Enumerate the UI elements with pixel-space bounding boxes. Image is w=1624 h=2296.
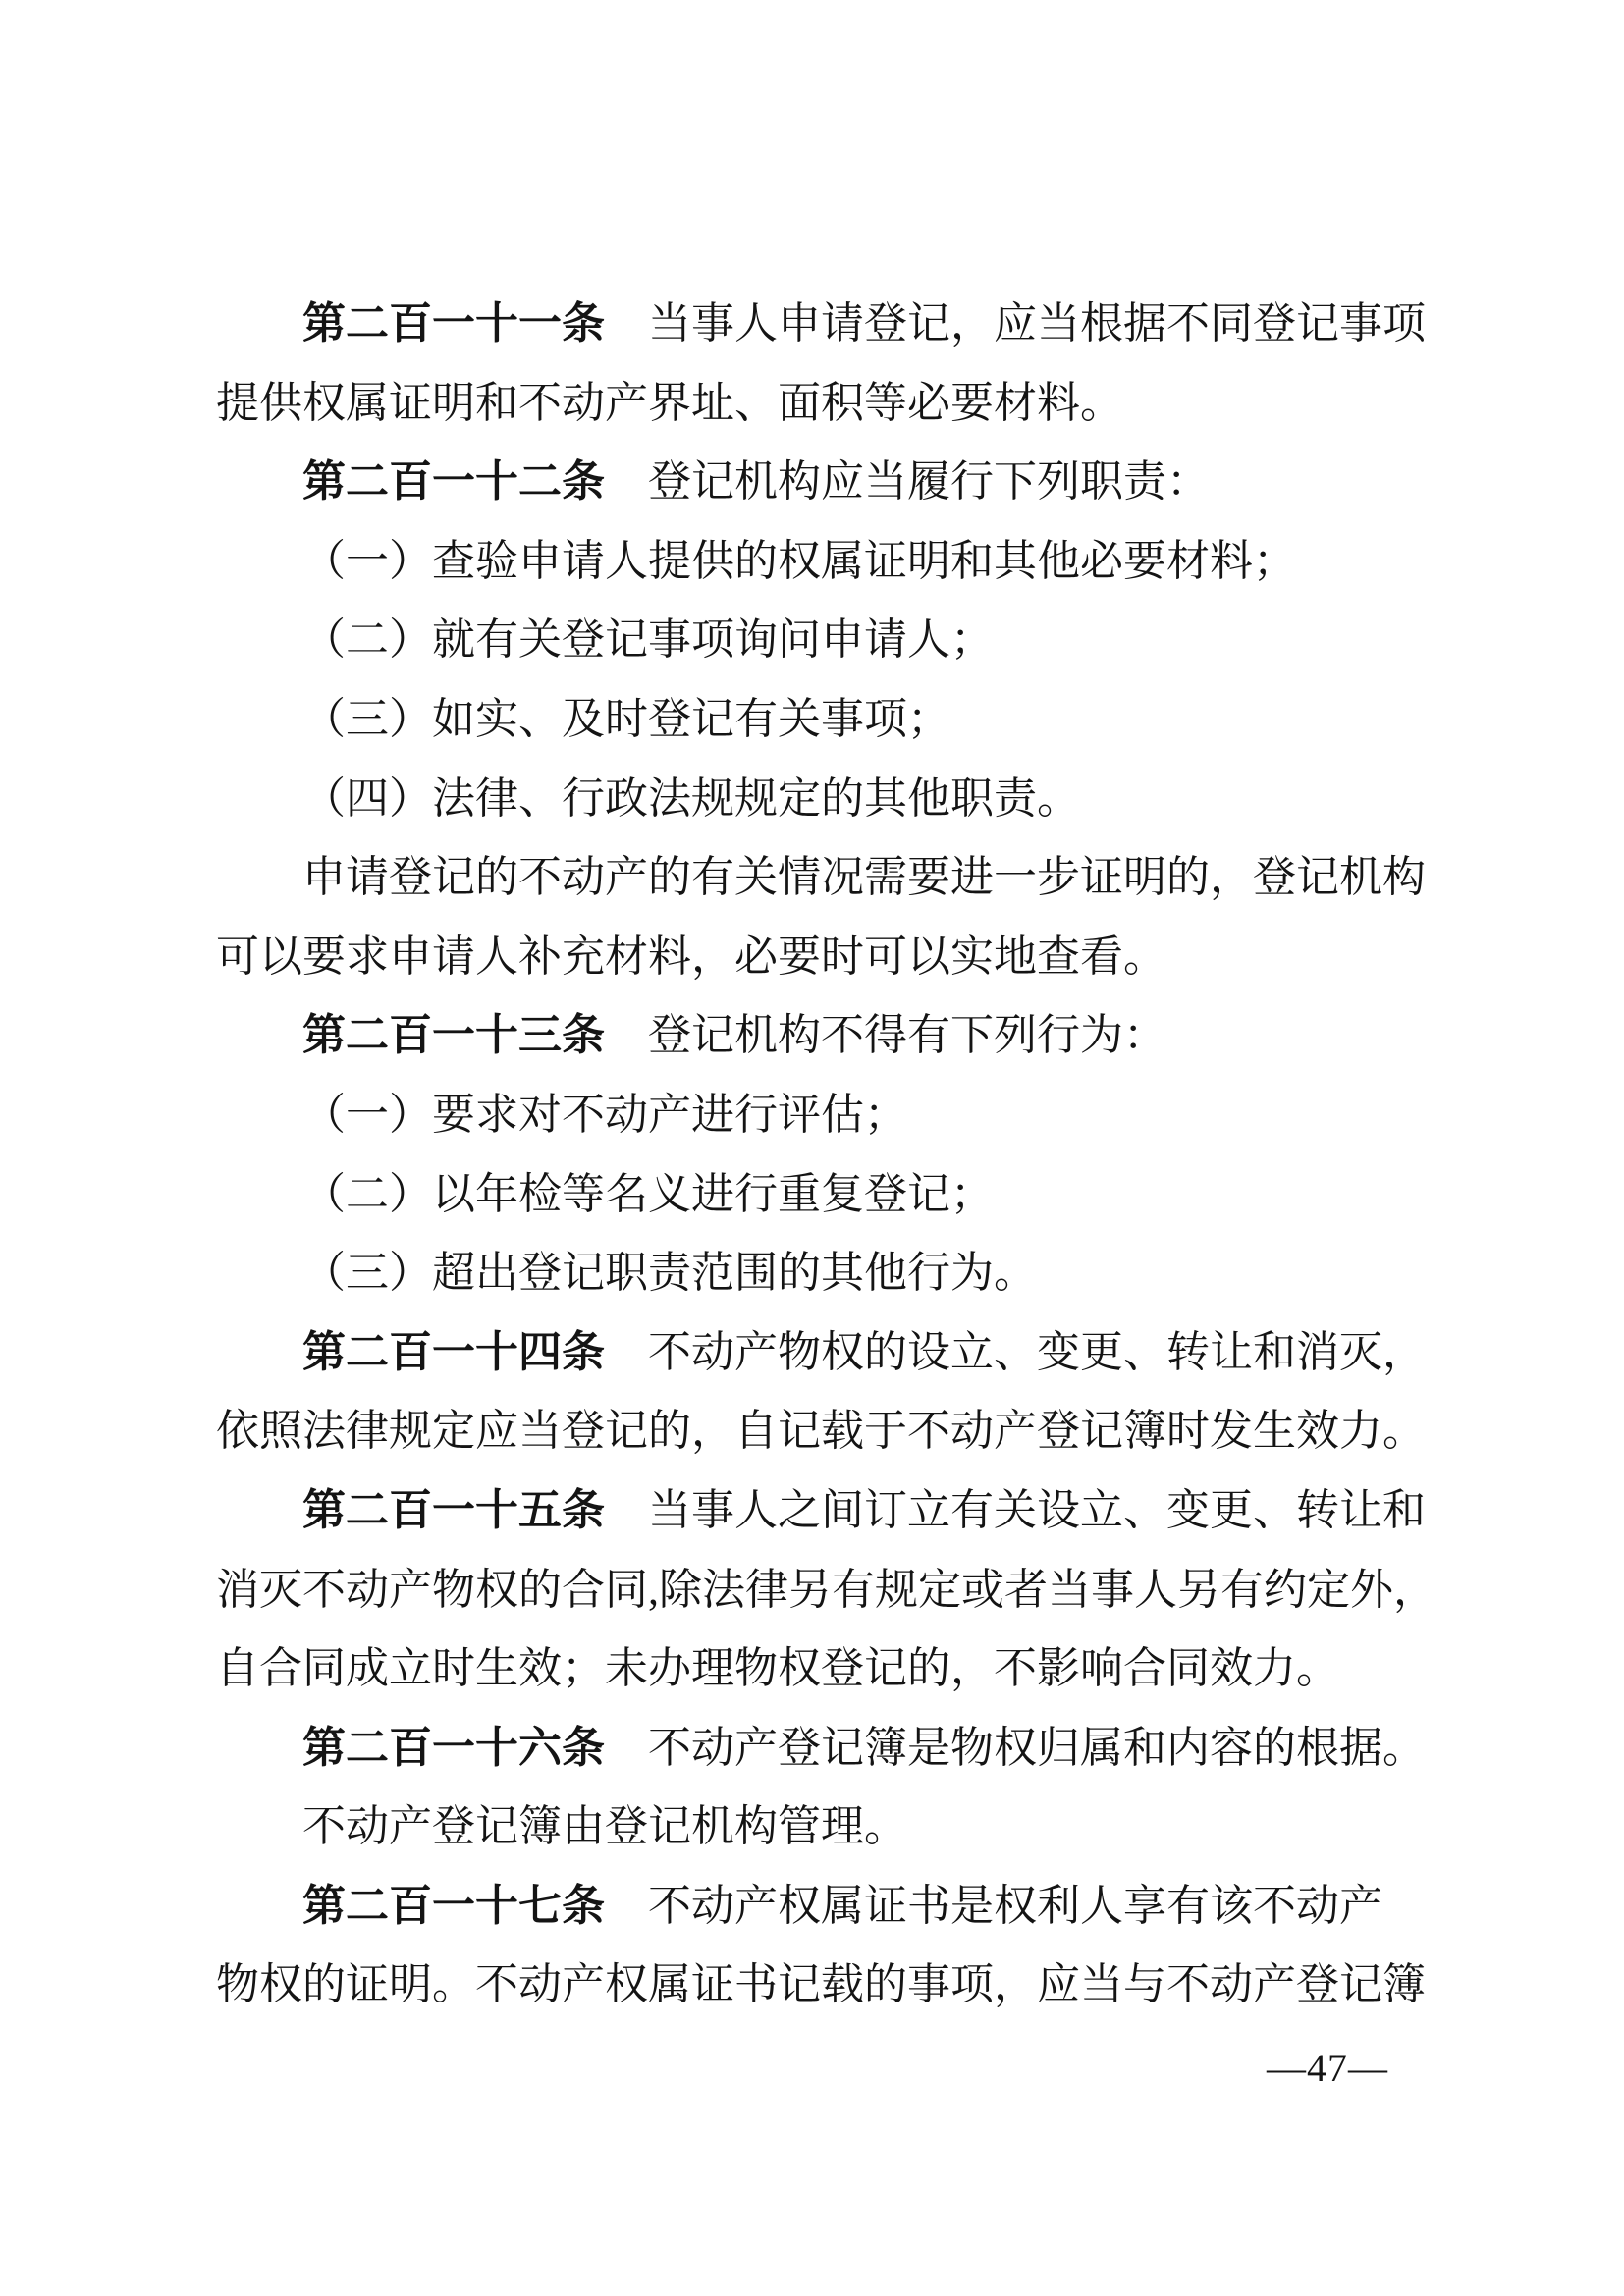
doc-line-continuation: 物权的证明。不动产权属证书记载的事项，应当与不动产登记簿 — [216, 1946, 1434, 2025]
body-text: 登记机构不得有下列行为： — [605, 1011, 1166, 1059]
doc-line-article-head: 第二百一十一条 当事人申请登记，应当根据不同登记事项 — [216, 285, 1434, 364]
body-text: 不动产登记簿是物权归属和内容的根据。 — [605, 1724, 1426, 1772]
body-text: （二）以年检等名义进行重复登记； — [302, 1170, 994, 1218]
doc-line-continuation: 可以要求申请人补充材料，必要时可以实地查看。 — [216, 918, 1434, 997]
doc-line-article-head: 第二百一十四条 不动产物权的设立、变更、转让和消灭， — [216, 1313, 1434, 1393]
document-body: 第二百一十一条 当事人申请登记，应当根据不同登记事项提供权属证明和不动产界址、面… — [216, 285, 1434, 2025]
body-text: （三）如实、及时登记有关事项； — [302, 695, 950, 743]
body-text: 提供权属证明和不动产界址、面积等必要材料。 — [216, 379, 1123, 427]
body-text: （三）超出登记职责范围的其他行为。 — [302, 1249, 1037, 1297]
body-text: 消灭不动产物权的合同,除法律另有规定或者当事人另有约定外， — [216, 1566, 1436, 1614]
doc-line-article-head: 第二百一十六条 不动产登记簿是物权归属和内容的根据。 — [216, 1709, 1434, 1789]
article-number: 第二百一十四条 — [302, 1328, 605, 1376]
article-number: 第二百一十五条 — [302, 1486, 605, 1534]
document-page: 第二百一十一条 当事人申请登记，应当根据不同登记事项提供权属证明和不动产界址、面… — [0, 0, 1624, 2296]
doc-line-paragraph-start: 申请登记的不动产的有关情况需要进一步证明的，登记机构 — [216, 838, 1434, 918]
body-text: 不动产权属证书是权利人享有该不动产 — [605, 1882, 1382, 1930]
article-number: 第二百一十三条 — [302, 1011, 605, 1059]
page-number: —47— — [1218, 2045, 1437, 2091]
body-text: （一）查验申请人提供的权属证明和其他必要材料； — [302, 537, 1296, 585]
doc-line-article-head: 第二百一十七条 不动产权属证书是权利人享有该不动产 — [216, 1867, 1434, 1947]
article-number: 第二百一十一条 — [302, 299, 605, 347]
body-text: 依照法律规定应当登记的，自记载于不动产登记簿时发生效力。 — [216, 1407, 1426, 1455]
body-text: （四）法律、行政法规规定的其他职责。 — [302, 774, 1080, 823]
body-text: （一）要求对不动产进行评估； — [302, 1091, 907, 1139]
article-number: 第二百一十六条 — [302, 1724, 605, 1772]
body-text: 不动产物权的设立、变更、转让和消灭， — [605, 1328, 1426, 1376]
body-text: 物权的证明。不动产权属证书记载的事项，应当与不动产登记簿 — [216, 1960, 1426, 2008]
body-text: 申请登记的不动产的有关情况需要进一步证明的，登记机构 — [302, 853, 1426, 901]
doc-line-list-item: （二）以年检等名义进行重复登记； — [216, 1155, 1434, 1235]
doc-line-list-item: （一）要求对不动产进行评估； — [216, 1076, 1434, 1155]
doc-line-continuation: 自合同成立时生效；未办理物权登记的，不影响合同效力。 — [216, 1629, 1434, 1709]
article-number: 第二百一十七条 — [302, 1882, 605, 1930]
body-text: 当事人申请登记，应当根据不同登记事项 — [605, 299, 1426, 347]
doc-line-article-head: 第二百一十五条 当事人之间订立有关设立、变更、转让和 — [216, 1471, 1434, 1551]
body-text: 可以要求申请人补充材料，必要时可以实地查看。 — [216, 933, 1166, 981]
doc-line-article-head: 第二百一十二条 登记机构应当履行下列职责： — [216, 443, 1434, 522]
doc-line-list-item: （四）法律、行政法规规定的其他职责。 — [216, 760, 1434, 839]
body-text: 自合同成立时生效；未办理物权登记的，不影响合同效力。 — [216, 1644, 1339, 1692]
doc-line-continuation: 依照法律规定应当登记的，自记载于不动产登记簿时发生效力。 — [216, 1392, 1434, 1471]
doc-line-continuation: 提供权属证明和不动产界址、面积等必要材料。 — [216, 364, 1434, 444]
body-text: 当事人之间订立有关设立、变更、转让和 — [605, 1486, 1426, 1534]
doc-line-continuation: 消灭不动产物权的合同,除法律另有规定或者当事人另有约定外， — [216, 1551, 1434, 1630]
doc-line-list-item: （三）超出登记职责范围的其他行为。 — [216, 1234, 1434, 1313]
article-number: 第二百一十二条 — [302, 457, 605, 506]
doc-line-list-item: （二）就有关登记事项询问申请人； — [216, 601, 1434, 680]
doc-line-list-item: （三）如实、及时登记有关事项； — [216, 680, 1434, 760]
doc-line-list-item: （一）查验申请人提供的权属证明和其他必要材料； — [216, 522, 1434, 602]
body-text: 登记机构应当履行下列职责： — [605, 457, 1210, 506]
doc-line-paragraph-start: 不动产登记簿由登记机构管理。 — [216, 1788, 1434, 1867]
body-text: （二）就有关登记事项询问申请人； — [302, 615, 994, 664]
doc-line-article-head: 第二百一十三条 登记机构不得有下列行为： — [216, 996, 1434, 1076]
body-text: 不动产登记簿由登记机构管理。 — [302, 1802, 907, 1850]
